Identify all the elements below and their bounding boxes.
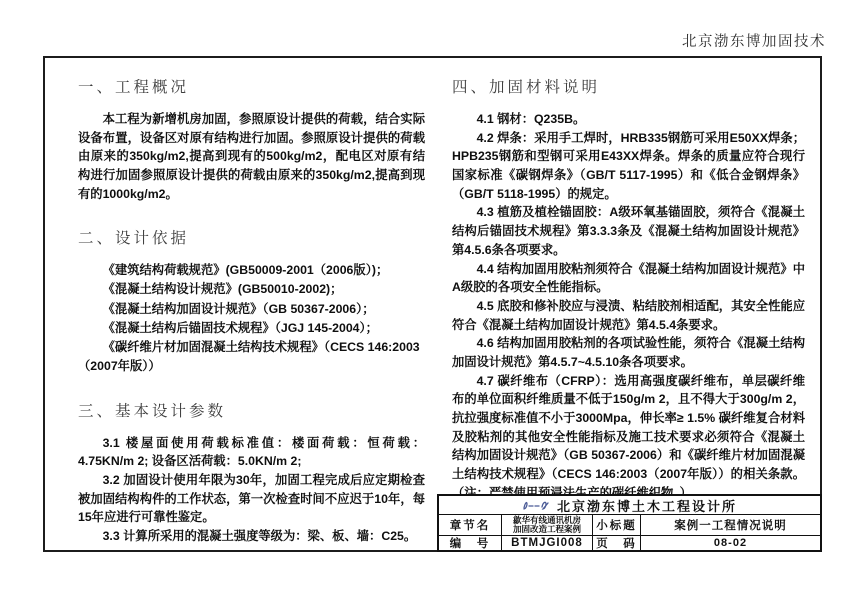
chapter-name-label: 章节名 (439, 515, 501, 536)
section-4-heading: 四、加固材料说明 (452, 75, 805, 97)
institute-logo-icon (522, 499, 550, 511)
chapter-name-line2: 加固改造工程案例 (513, 525, 581, 535)
section-4-paragraph-4-2: 4.2 焊条：采用手工焊时，HRB335钢筋可采用E50XX焊条；HPB235钢… (452, 129, 805, 204)
reference-item: 《碳纤维片材加固混凝土结构技术规程》（CECS 146:2003（2007年版）… (78, 338, 425, 376)
institute-name: 北京渤东博土木工程设计所 (557, 496, 737, 515)
section-4-paragraph-4-1: 4.1 钢材：Q235B。 (452, 110, 805, 129)
subtitle-value: 案例一工程情况说明 (640, 515, 820, 536)
section-3-paragraph-3-3: 3.3 计算所采用的混凝土强度等级为：梁、板、墙：C25。 (78, 527, 425, 546)
section-2-heading: 二、设计依据 (78, 226, 425, 248)
reference-item: 《建筑结构荷载规范》(GB50009-2001（2006版）)； (78, 261, 425, 280)
reference-item: 《混凝土结构后锚固技术规程》（JGJ 145-2004）； (78, 319, 425, 338)
section-1-paragraph: 本工程为新增机房加固，参照原设计提供的荷载，结合实际设备布置，设备区对原有结构进… (78, 110, 425, 203)
reference-item: 《混凝土结构加固设计规范》（GB 50367-2006）； (78, 300, 425, 319)
section-1-heading: 一、工程概况 (78, 75, 425, 97)
number-label: 编 号 (439, 536, 501, 550)
document-frame: 一、工程概况 本工程为新增机房加固，参照原设计提供的荷载，结合实际设备布置，设备… (43, 56, 822, 552)
section-3-paragraph-3-2: 3.2 加固设计使用年限为30年，加固工程完成后应定期检查被加固结构构件的工作状… (78, 471, 425, 527)
chapter-name-value: 歙华有线通讯机房 加固改造工程案例 (501, 515, 592, 536)
title-block-header: 北京渤东博土木工程设计所 (439, 496, 820, 515)
section-4-paragraph-4-3: 4.3 植筋及植栓锚固胶：A级环氧基锚固胶，须符合《混凝土结构后锚固技术规程》第… (452, 203, 805, 259)
right-column: 四、加固材料说明 4.1 钢材：Q235B。 4.2 焊条：采用手工焊时，HRB… (452, 75, 805, 502)
company-header: 北京渤东博加固技术 (682, 30, 826, 51)
subtitle-label: 小标题 (592, 515, 640, 536)
design-basis-list: 《建筑结构荷载规范》(GB50009-2001（2006版）)； 《混凝土结构设… (78, 261, 425, 375)
page-code-label: 页 码 (592, 536, 640, 550)
page-code-value: 08-02 (640, 536, 820, 550)
reference-item: 《混凝土结构设计规范》(GB50010-2002)； (78, 280, 425, 299)
number-value: BTMJGI008 (501, 536, 592, 550)
section-4-paragraph-4-6: 4.6 结构加固用胶粘剂的各项试验性能，须符合《混凝土结构加固设计规范》第4.5… (452, 334, 805, 371)
title-block: 北京渤东博土木工程设计所 章节名 歙华有线通讯机房 加固改造工程案例 小标题 案… (437, 494, 822, 552)
section-3-heading: 三、基本设计参数 (78, 399, 425, 421)
section-4-paragraph-4-5: 4.5 底胶和修补胶应与浸渍、粘结胶剂相适配，其安全性能应符合《混凝土结构加固设… (452, 297, 805, 334)
section-3-paragraph-3-1: 3.1 楼屋面使用荷载标准值：楼面荷载：恒荷载：4.75KN/m 2; 设备区活… (78, 434, 425, 471)
left-column: 一、工程概况 本工程为新增机房加固，参照原设计提供的荷载，结合实际设备布置，设备… (78, 75, 425, 546)
section-4-paragraph-4-4: 4.4 结构加固用胶粘剂须符合《混凝土结构加固设计规范》中A级胶的各项安全性能指… (452, 260, 805, 297)
section-4-paragraph-4-7: 4.7 碳纤维布（CFRP）：选用高强度碳纤维布，单层碳纤维布的单位面积纤维质量… (452, 372, 805, 503)
